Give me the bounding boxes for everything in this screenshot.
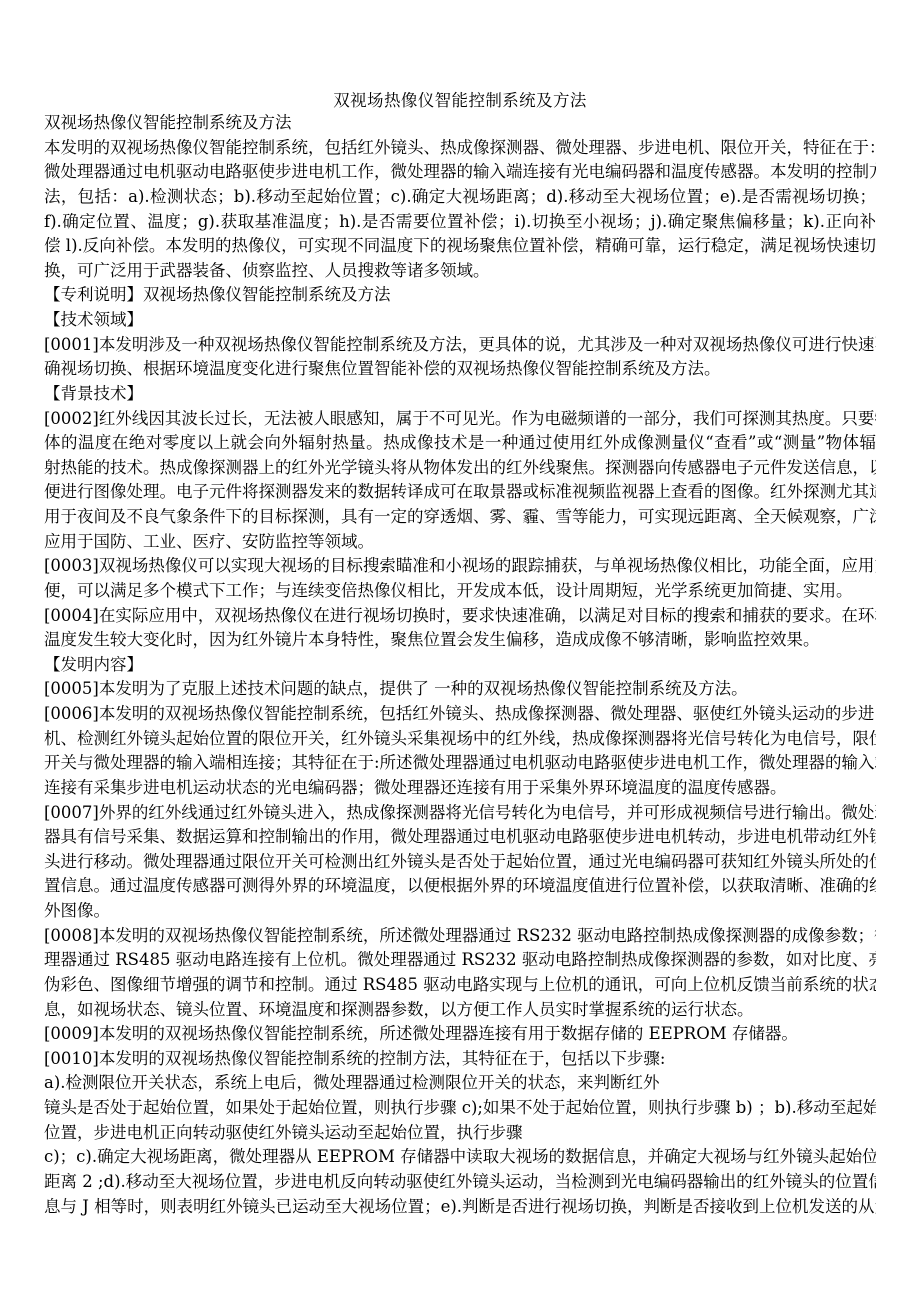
document-line: 【技术领域】 — [44, 308, 876, 333]
document-line: 微处理器通过电机驱动电路驱使步进电机工作，微处理器的输入端连接有光电编码器和温度… — [44, 160, 876, 185]
document-line: 确视场切换、根据环境温度变化进行聚焦位置智能补偿的双视场热像仪智能控制系统及方法… — [44, 357, 876, 382]
document-line: 外图像。 — [44, 899, 876, 924]
document-line: 连接有采集步进电机运动状态的光电编码器；微处理器还连接有用于采集外界环境温度的温… — [44, 776, 876, 801]
document-line: 用于夜间及不良气象条件下的目标探测，具有一定的穿透烟、雾、霾、雪等能力，可实现远… — [44, 505, 876, 530]
document-line: [0001]本发明涉及一种双视场热像仪智能控制系统及方法，更具体的说，尤其涉及一… — [44, 333, 876, 358]
document-line: 理器通过 RS485 驱动电路连接有上位机。微处理器通过 RS232 驱动电路控… — [44, 948, 876, 973]
document-line: [0009]本发明的双视场热像仪智能控制系统，所述微处理器连接有用于数据存储的 … — [44, 1022, 876, 1047]
document-line: 偿 l).反向补偿。本发明的热像仪，可实现不同温度下的视场聚焦位置补偿，精确可靠… — [44, 234, 876, 259]
document-line: 伪彩色、图像细节增强的调节和控制。通过 RS485 驱动电路实现与上位机的通讯，… — [44, 973, 876, 998]
document-line: 法，包括：a).检测状态；b).移动至起始位置；c).确定大视场距离；d).移动… — [44, 185, 876, 210]
document-line: 本发明的双视场热像仪智能控制系统，包括红外镜头、热成像探测器、微处理器、步进电机… — [44, 136, 876, 161]
document-line: 镜头是否处于起始位置，如果处于起始位置，则执行步骤 c);如果不处于起始位置，则… — [44, 1096, 876, 1121]
document-line: [0004]在实际应用中，双视场热像仪在进行视场切换时，要求快速准确，以满足对目… — [44, 604, 876, 629]
document-line: 【专利说明】双视场热像仪智能控制系统及方法 — [44, 283, 876, 308]
document-line: f).确定位置、温度；g).获取基准温度；h).是否需要位置补偿；i).切换至小… — [44, 210, 876, 235]
document-line: 双视场热像仪智能控制系统及方法 — [44, 111, 876, 136]
document-body: 双视场热像仪智能控制系统及方法本发明的双视场热像仪智能控制系统，包括红外镜头、热… — [44, 111, 876, 1219]
document-line: 距离 2 ;d).移动至大视场位置，步进电机反向转动驱使红外镜头运动，当检测到光… — [44, 1170, 876, 1195]
document-line: 换，可广泛用于武器装备、侦察监控、人员搜救等诸多领域。 — [44, 259, 876, 284]
document-line: 温度发生较大变化时，因为红外镜片本身特性，聚焦位置会发生偏移，造成成像不够清晰，… — [44, 628, 876, 653]
document-line: a).检测限位开关状态，系统上电后，微处理器通过检测限位开关的状态，来判断红外 — [44, 1071, 876, 1096]
document-line: 【发明内容】 — [44, 653, 876, 678]
document-line: 射热能的技术。热成像探测器上的红外光学镜头将从物体发出的红外线聚焦。探测器向传感… — [44, 456, 876, 481]
document-page: 双视场热像仪智能控制系统及方法 双视场热像仪智能控制系统及方法本发明的双视场热像… — [0, 0, 920, 1302]
document-line: [0005]本发明为了克服上述技术问题的缺点，提供了 一种的双视场热像仪智能控制… — [44, 677, 876, 702]
document-line: 置信息。通过温度传感器可测得外界的环境温度，以便根据外界的环境温度值进行位置补偿… — [44, 874, 876, 899]
document-line: 开关与微处理器的输入端相连接；其特征在于:所述微处理器通过电机驱动电路驱使步进电… — [44, 751, 876, 776]
document-line: 便进行图像处理。电子元件将探测器发来的数据转译成可在取景器或标准视频监视器上查看… — [44, 480, 876, 505]
document-line: [0006]本发明的双视场热像仪智能控制系统，包括红外镜头、热成像探测器、微处理… — [44, 702, 876, 727]
document-line: [0007]外界的红外线通过红外镜头进入，热成像探测器将光信号转化为电信号，并可… — [44, 801, 876, 826]
document-line: [0003]双视场热像仪可以实现大视场的目标搜索瞄准和小视场的跟踪捕获，与单视场… — [44, 554, 876, 579]
document-line: 体的温度在绝对零度以上就会向外辐射热量。热成像技术是一种通过使用红外成像测量仪“… — [44, 431, 876, 456]
document-line: 器具有信号采集、数据运算和控制输出的作用，微处理器通过电机驱动电路驱使步进电机转… — [44, 825, 876, 850]
document-title: 双视场热像仪智能控制系统及方法 — [0, 89, 920, 113]
document-line: 位置，步进电机正向转动驱使红外镜头运动至起始位置，执行步骤 — [44, 1121, 876, 1146]
document-line: 头进行移动。微处理器通过限位开关可检测出红外镜头是否处于起始位置，通过光电编码器… — [44, 850, 876, 875]
document-line: 应用于国防、工业、医疗、安防监控等领域。 — [44, 530, 876, 555]
document-line: 机、检测红外镜头起始位置的限位开关，红外镜头采集视场中的红外线，热成像探测器将光… — [44, 727, 876, 752]
document-line: [0002]红外线因其波长过长，无法被人眼感知，属于不可见光。作为电磁频谱的一部… — [44, 407, 876, 432]
document-line: 息与 J 相等时，则表明红外镜头已运动至大视场位置；e).判断是否进行视场切换，… — [44, 1195, 876, 1220]
document-line: [0008]本发明的双视场热像仪智能控制系统，所述微处理器通过 RS232 驱动… — [44, 924, 876, 949]
document-line: c)；c).确定大视场距离，微处理器从 EEPROM 存储器中读取大视场的数据信… — [44, 1145, 876, 1170]
document-line: 便，可以满足多个模式下工作；与连续变倍热像仪相比，开发成本低，设计周期短，光学系… — [44, 579, 876, 604]
document-line: 息，如视场状态、镜头位置、环境温度和探测器参数，以方便工作人员实时掌握系统的运行… — [44, 998, 876, 1023]
document-line: [0010]本发明的双视场热像仪智能控制系统的控制方法，其特征在于，包括以下步骤… — [44, 1047, 876, 1072]
document-line: 【背景技术】 — [44, 382, 876, 407]
